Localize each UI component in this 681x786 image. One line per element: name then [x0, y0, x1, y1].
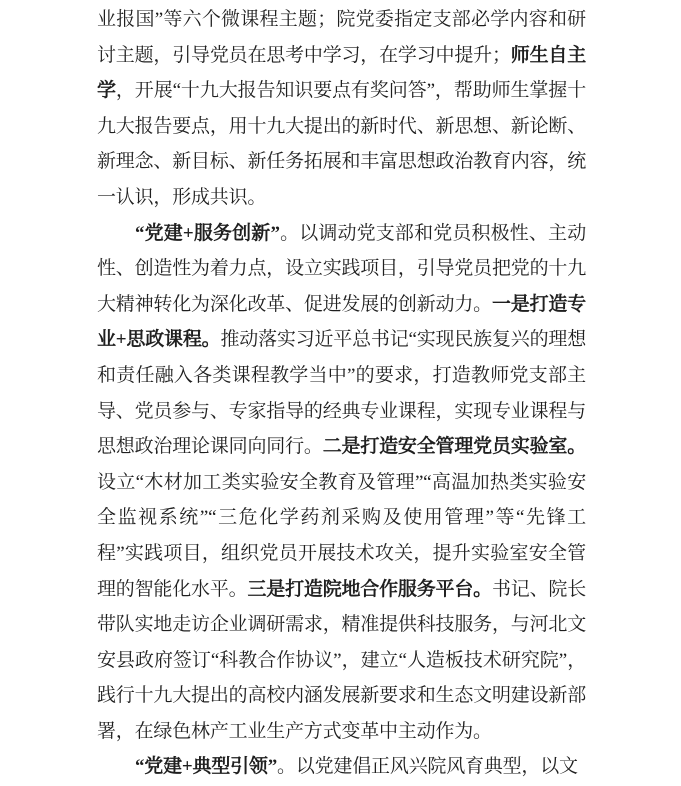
bold-text-run: “党建+服务创新” — [135, 223, 280, 244]
document-page: 业报国”等六个微课程主题；院党委指定支部必学内容和研讨主题，引导党员在思考中学习… — [0, 0, 681, 786]
text-run: 。以党建倡正风兴院风育典型，以文 — [277, 756, 578, 777]
text-run: ，开展“十九大报告知识要点有奖问答”，帮助师生掌握十九大报告要点，用十九大提出的… — [97, 80, 586, 208]
bold-text-run: 三是打造院地合作服务平台。 — [247, 579, 492, 600]
paragraph: 业报国”等六个微课程主题；院党委指定支部必学内容和研讨主题，引导党员在思考中学习… — [97, 2, 586, 216]
paragraph: “党建+服务创新”。以调动党支部和党员积极性、主动性、创造性为着力点，设立实践项… — [97, 216, 586, 750]
text-run: 书记、院长带队实地走访企业调研需求，精准提供科技服务，与河北文安县政府签订“科教… — [97, 579, 586, 742]
paragraph: “党建+典型引领”。以党建倡正风兴院风育典型，以文 — [97, 749, 586, 785]
bold-text-run: “党建+典型引领” — [135, 756, 277, 777]
document-body: 业报国”等六个微课程主题；院党委指定支部必学内容和研讨主题，引导党员在思考中学习… — [0, 0, 681, 785]
bold-text-run: 二是打造安全管理党员实验室。 — [323, 436, 586, 457]
